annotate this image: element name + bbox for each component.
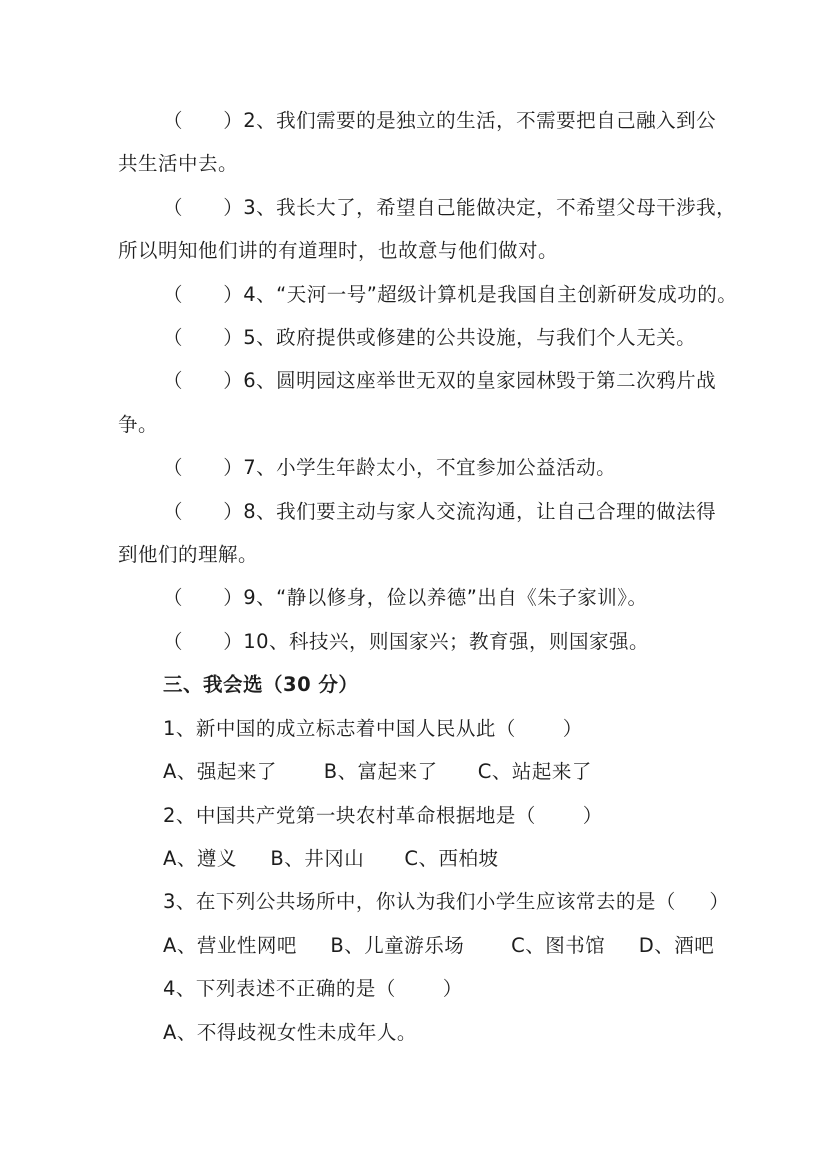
judgment-item-9: （ ）9、“静以修身，俭以养德”出自《朱子家训》。 <box>118 576 718 619</box>
exam-document-page: （ ）2、我们需要的是独立的生活，不需要把自己融入到公 共生活中去。 （ ）3、… <box>0 0 827 1169</box>
judgment-item-6-continuation: 争。 <box>118 403 718 446</box>
choice-options-2: A、遵义 B、井冈山 C、西柏坡 <box>118 837 718 880</box>
judgment-item-10: （ ）10、科技兴，则国家兴；教育强，则国家强。 <box>118 620 718 663</box>
choice-question-3: 3、在下列公共场所中，你认为我们小学生应该常去的是（ ） <box>118 880 718 923</box>
judgment-item-2-continuation: 共生活中去。 <box>118 142 718 185</box>
document-content: （ ）2、我们需要的是独立的生活，不需要把自己融入到公 共生活中去。 （ ）3、… <box>118 99 718 1054</box>
judgment-item-3-continuation: 所以明知他们讲的有道理时，也故意与他们做对。 <box>118 229 718 272</box>
choice-options-1: A、强起来了 B、富起来了 C、站起来了 <box>118 750 718 793</box>
choice-options-4: A、不得歧视女性未成年人。 <box>118 1011 718 1054</box>
judgment-item-8-continuation: 到他们的理解。 <box>118 533 718 576</box>
judgment-item-7: （ ）7、小学生年龄太小，不宜参加公益活动。 <box>118 446 718 489</box>
choice-question-2: 2、中国共产党第一块农村革命根据地是（ ） <box>118 794 718 837</box>
choice-question-4: 4、下列表述不正确的是（ ） <box>118 967 718 1010</box>
judgment-item-6: （ ）6、圆明园这座举世无双的皇家园林毁于第二次鸦片战 <box>118 359 718 402</box>
judgment-item-8: （ ）8、我们要主动与家人交流沟通，让自己合理的做法得 <box>118 490 718 533</box>
choice-options-3: A、营业性网吧 B、儿童游乐场 C、图书馆 D、酒吧 <box>118 924 718 967</box>
judgment-item-2: （ ）2、我们需要的是独立的生活，不需要把自己融入到公 <box>118 99 718 142</box>
choice-question-1: 1、新中国的成立标志着中国人民从此（ ） <box>118 707 718 750</box>
judgment-item-5: （ ）5、政府提供或修建的公共设施，与我们个人无关。 <box>118 316 718 359</box>
section-heading-choice: 三、我会选（30 分） <box>118 663 718 706</box>
judgment-item-4: （ ）4、“天河一号”超级计算机是我国自主创新研发成功的。 <box>118 273 718 316</box>
judgment-item-3: （ ）3、我长大了，希望自己能做决定，不希望父母干涉我， <box>118 186 718 229</box>
